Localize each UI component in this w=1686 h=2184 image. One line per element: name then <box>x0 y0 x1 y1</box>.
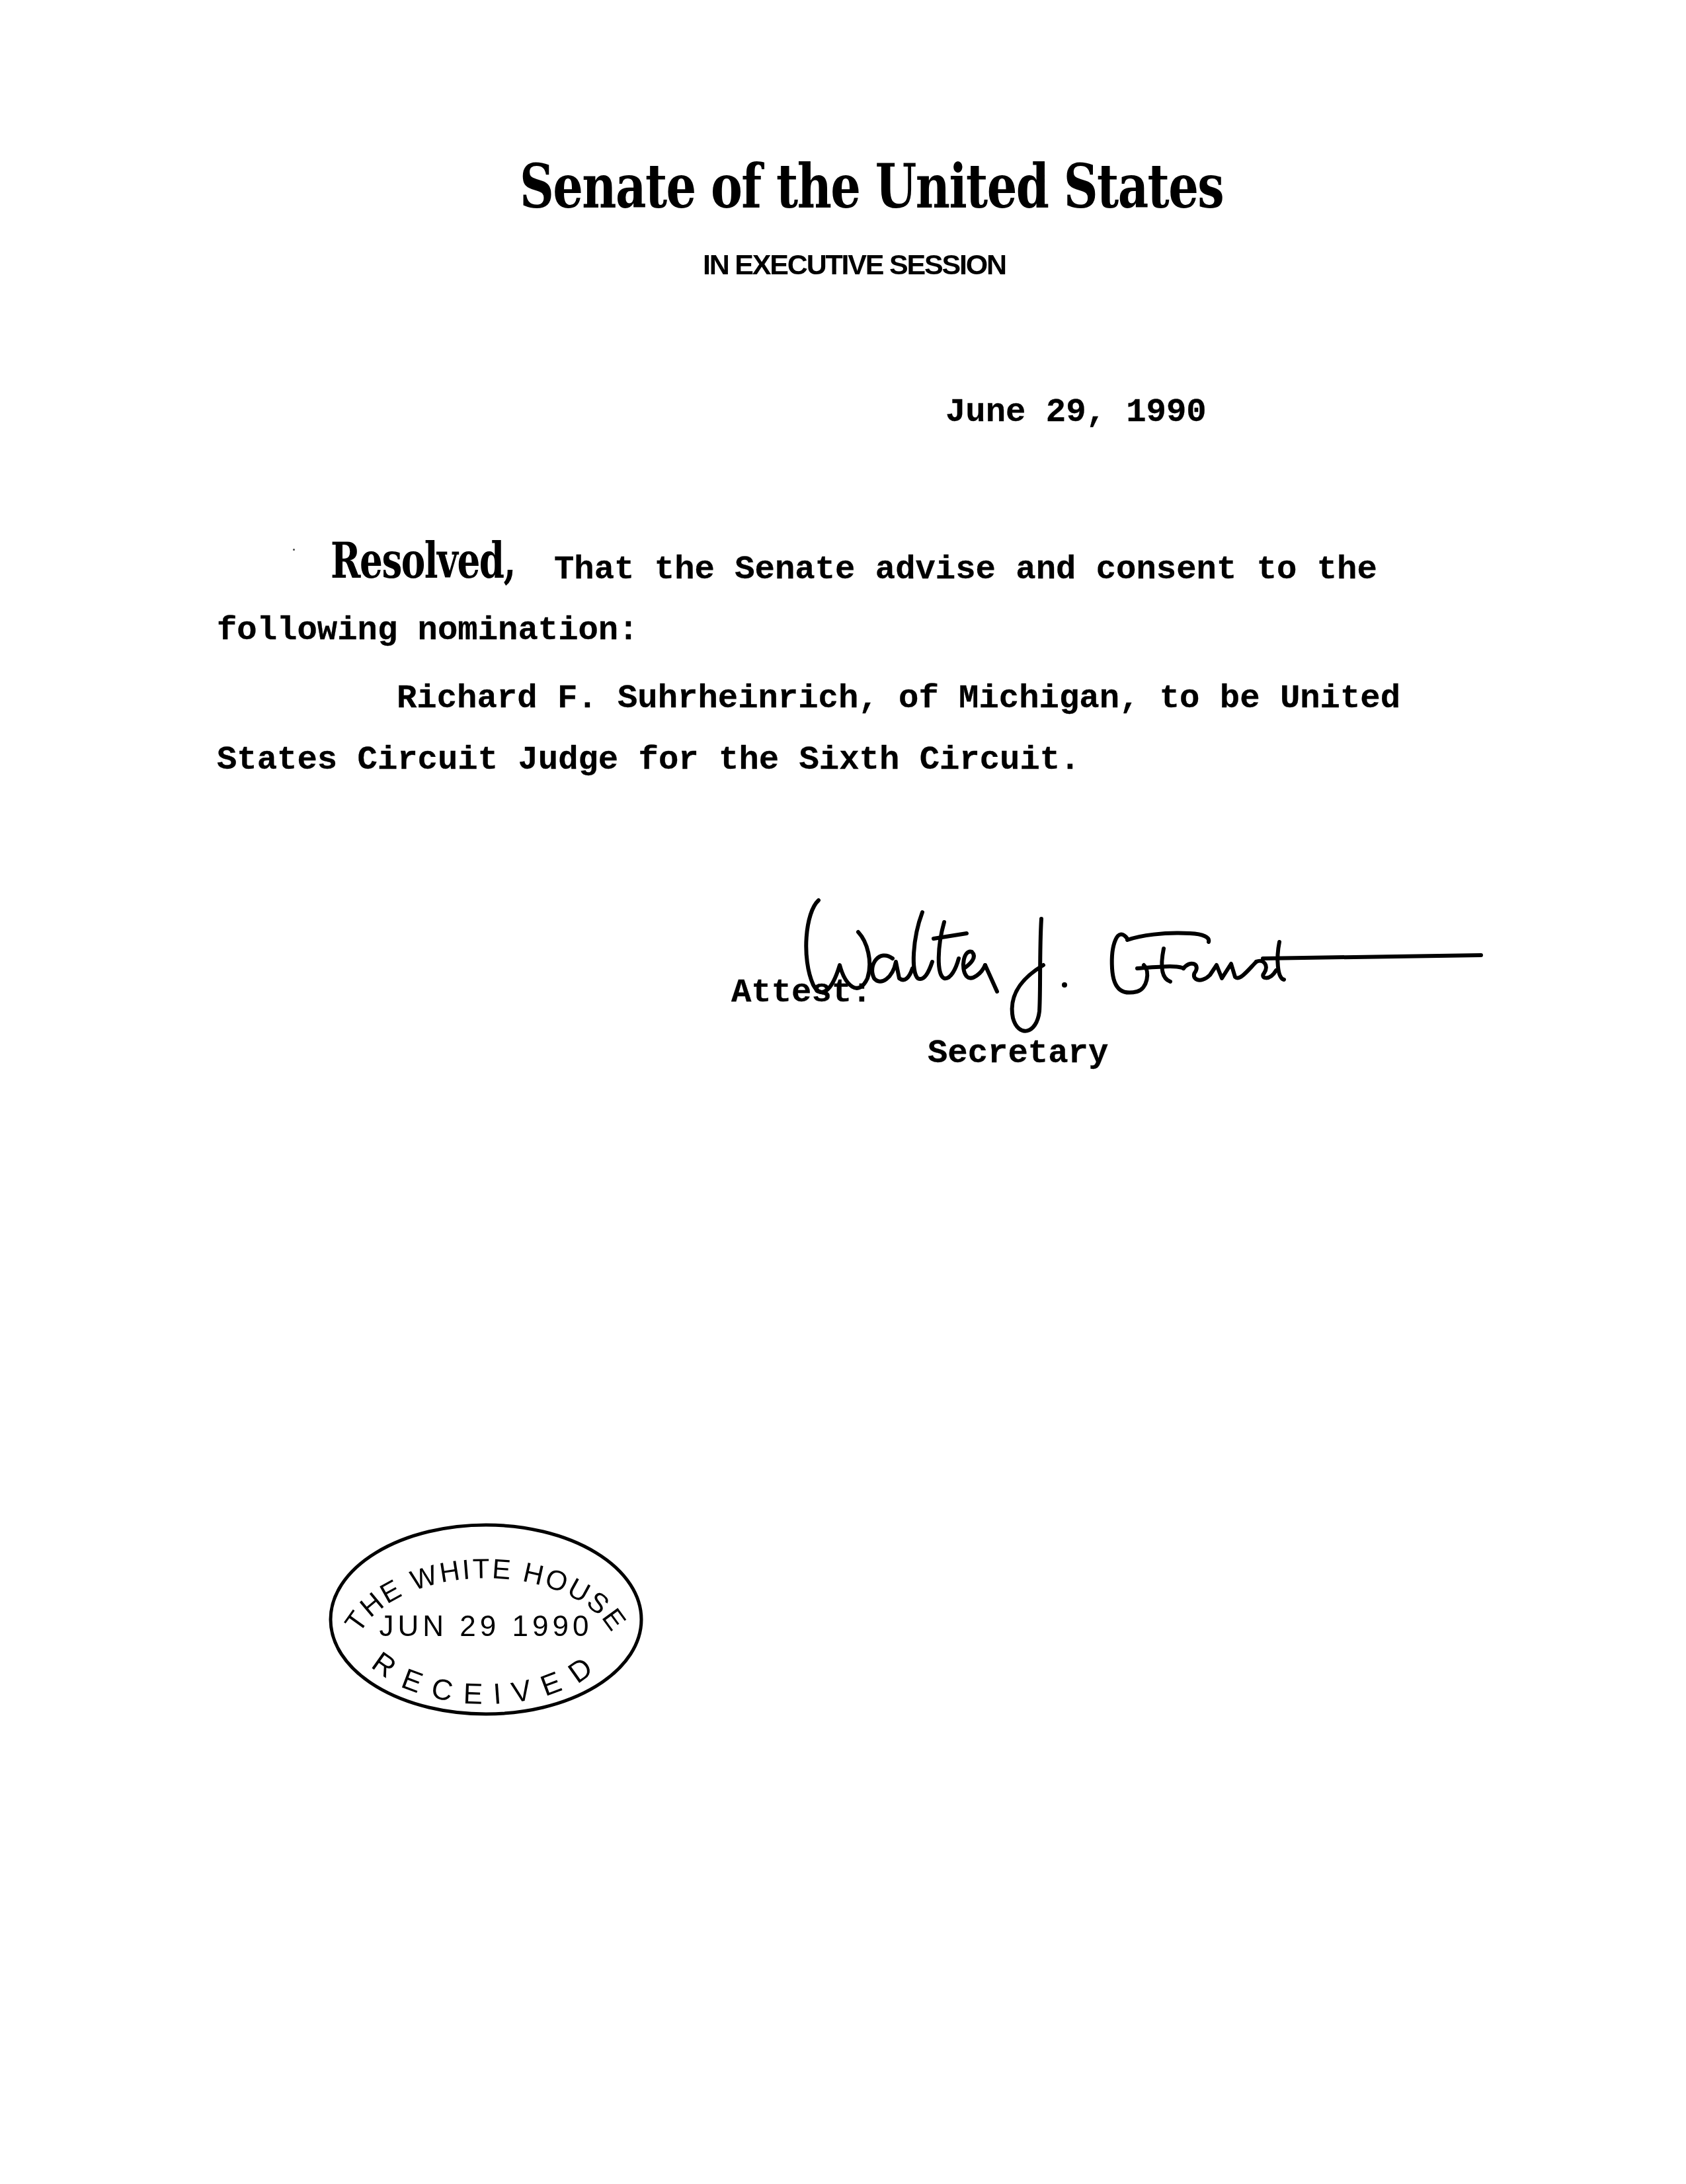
signature-icon: Walter J. Stewart <box>793 886 1488 1038</box>
resolution-line-1: That the Senate advise and consent to th… <box>554 554 1377 588</box>
white-house-received-stamp: THE WHITE HOUSE JUN 29 1990 RECEIVED <box>324 1517 648 1722</box>
document-date: June 29, 1990 <box>945 397 1207 430</box>
nomination-line-1: Richard F. Suhrheinrich, of Michigan, to… <box>397 683 1400 717</box>
nomination-line-2: States Circuit Judge for the Sixth Circu… <box>217 744 1080 778</box>
resolved-heading: Resolved, <box>331 537 515 586</box>
svg-text:RECEIVED: RECEIVED <box>366 1646 606 1711</box>
resolution-line-2: following nomination: <box>217 615 639 648</box>
session-subtitle: IN EXECUTIVE SESSION <box>703 251 1006 280</box>
secretary-title: Secretary <box>928 1038 1108 1072</box>
stamp-bottom-text: RECEIVED <box>366 1646 606 1711</box>
stamp-date: JUN 29 1990 <box>380 1610 593 1643</box>
scan-speck <box>293 549 295 551</box>
document-title: Senate of the United States <box>520 156 1201 217</box>
